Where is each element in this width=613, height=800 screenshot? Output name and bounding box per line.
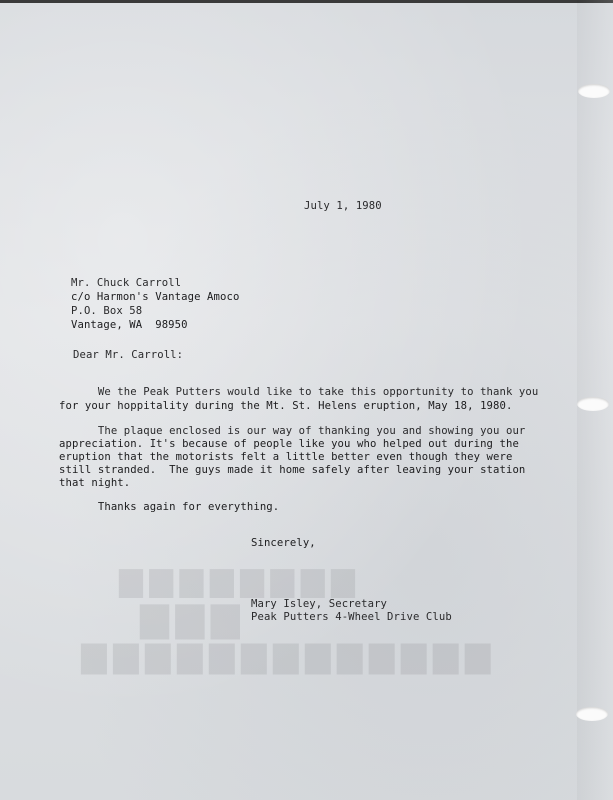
bleed-through-marks: ▇▇▇ — [140, 600, 246, 640]
punch-hole-top — [578, 84, 610, 98]
paragraph-1-line-2: for your hoppitality during the Mt. St. … — [59, 400, 512, 412]
closing: Sincerely, — [251, 537, 316, 549]
recipient-care-of: c/o Harmon's Vantage Amoco — [71, 291, 239, 303]
salutation: Dear Mr. Carroll: — [73, 349, 183, 361]
bleed-through-marks: ▇▇▇▇▇▇▇▇▇▇▇▇▇ — [81, 640, 497, 675]
recipient-po-box: P.O. Box 58 — [71, 305, 142, 317]
letter-date: July 1, 1980 — [304, 200, 382, 212]
paragraph-2-line-3: eruption that the motorists felt a littl… — [59, 451, 512, 463]
scanned-letter-page: ▇▇▇▇▇▇▇▇ ▇▇▇ ▇▇▇▇▇▇▇▇▇▇▇▇▇ July 1, 1980 … — [0, 0, 613, 800]
paragraph-2-line-1: The plaque enclosed is our way of thanki… — [59, 425, 525, 437]
paragraph-2-line-2: appreciation. It's because of people lik… — [59, 438, 519, 450]
signature-organization: Peak Putters 4-Wheel Drive Club — [251, 611, 452, 623]
paragraph-1-line-1: We the Peak Putters would like to take t… — [59, 386, 538, 398]
signature-name: Mary Isley, Secretary — [251, 598, 387, 610]
paragraph-2-line-5: that night. — [59, 477, 130, 489]
paragraph-2-line-4: still stranded. The guys made it home sa… — [59, 464, 525, 476]
page-top-edge — [0, 0, 613, 3]
recipient-city: Vantage, WA 98950 — [71, 319, 188, 331]
bleed-through-marks: ▇▇▇▇▇▇▇▇ — [119, 565, 361, 598]
punch-hole-bottom — [576, 707, 608, 721]
punch-hole-middle — [577, 397, 609, 411]
paragraph-3: Thanks again for everything. — [59, 501, 279, 513]
recipient-name: Mr. Chuck Carroll — [71, 277, 181, 289]
